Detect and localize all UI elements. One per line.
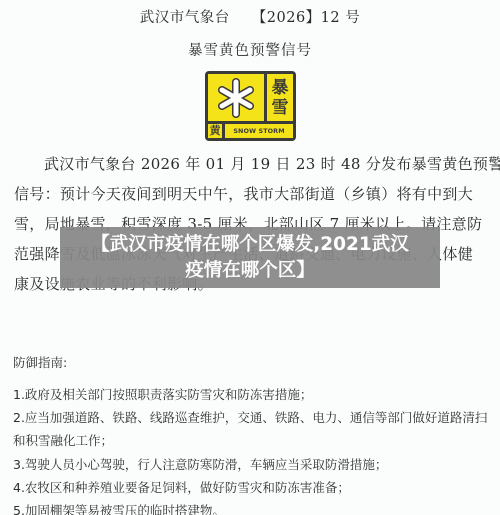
document-number: 【2026】12 号	[252, 10, 360, 26]
snowflake-icon-panel	[208, 74, 264, 121]
body-line: 武汉市气象台 2026 年 01 月 19 日 23 时 48 分发布暴雪黄色预…	[14, 149, 486, 179]
guide-item: 和积雪融化工作；	[13, 429, 493, 452]
guide-item: 5.加固棚架等易被雪压的临时搭建物。	[13, 499, 493, 515]
banner-line-2: 疫情在哪个区】	[60, 258, 440, 284]
guide-item: 4.农牧区和种养殖业要备足饲料，做好防雪灾和防冻害准备；	[13, 476, 493, 499]
warning-type-label: 暴 雪	[267, 74, 293, 121]
body-line: 信号：预计今天夜间到明天中午，我市大部街道（乡镇）将有中到大	[14, 179, 486, 209]
banner-line-1: 【武汉市疫情在哪个区爆发,2021武汉	[60, 232, 440, 258]
document-title: 暴雪黄色预警信号	[0, 39, 500, 60]
warning-level-label: 黄	[208, 124, 222, 138]
defense-guide-list: 1.政府及相关部门按照职责落实防雪灾和防冻害措施； 2.应当加强道路、铁路、线路…	[13, 383, 493, 515]
overlay-title-banner: 【武汉市疫情在哪个区爆发,2021武汉 疫情在哪个区】	[60, 227, 440, 288]
snowflake-icon	[216, 78, 256, 118]
issuer-name: 武汉市气象台	[140, 10, 230, 26]
guide-item: 2.应当加强道路、铁路、线路巡查维护，交通、铁路、电力、通信等部门做好道路清扫	[13, 406, 493, 429]
warning-english-label: SNOW STORM	[225, 124, 293, 138]
defense-guide-heading: 防御指南:	[13, 353, 67, 371]
guide-item: 3.驾驶人员小心驾驶，行人注意防寒防滑，车辆应当采取防滑措施；	[13, 453, 493, 476]
document-number-line: 武汉市气象台【2026】12 号	[0, 6, 500, 27]
guide-item: 1.政府及相关部门按照职责落实防雪灾和防冻害措施；	[13, 383, 493, 406]
snowstorm-warning-sign: 暴 雪 黄 SNOW STORM	[205, 71, 296, 141]
